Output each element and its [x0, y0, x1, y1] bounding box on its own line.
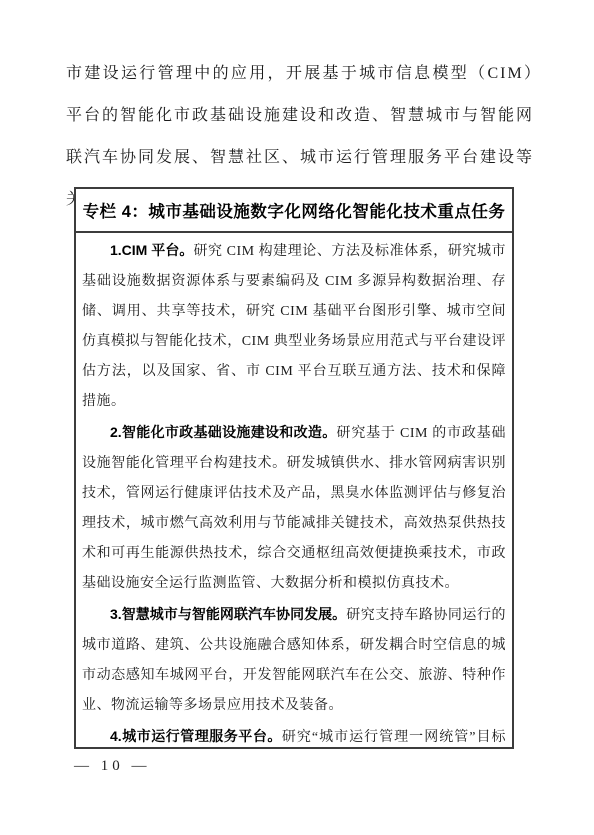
- box-item-3-body: 研究支持车路协同运行的城市道路、建筑、公共设施融合感知体系，研发耦合时空信息的城…: [82, 608, 506, 713]
- box-item-2-body: 研究基于 CIM 的市政基础设施智能化管理平台构建技术。研发城镇供水、排水管网病…: [82, 426, 506, 591]
- box-item-1-lead: 1.CIM 平台。: [110, 242, 193, 258]
- box-item-4-lead: 4.城市运行管理服务平台。: [110, 728, 282, 744]
- box-item-1-body: 研究 CIM 构建理论、方法及标准体系，研究城市基础设施数据资源体系与要素编码及…: [82, 244, 506, 409]
- box-item-3: 3.智慧城市与智能网联汽车协同发展。研究支持车路协同运行的城市道路、建筑、公共设…: [82, 599, 506, 721]
- box-item-3-lead: 3.智慧城市与智能网联汽车协同发展。: [110, 606, 346, 622]
- page-number-footer: — 10 —: [74, 758, 151, 775]
- box-item-1: 1.CIM 平台。研究 CIM 构建理论、方法及标准体系，研究城市基础设施数据资…: [82, 235, 506, 417]
- callout-box-body: 1.CIM 平台。研究 CIM 构建理论、方法及标准体系，研究城市基础设施数据资…: [76, 233, 512, 749]
- callout-box-title: 专栏 4：城市基础设施数字化网络化智能化技术重点任务: [76, 189, 512, 233]
- box-item-2-lead: 2.智能化市政基础设施建设和改造。: [110, 424, 337, 440]
- box-item-4: 4.城市运行管理服务平台。研究“城市运行管理一网统管”目标下，5G、大数据、云计…: [82, 721, 506, 749]
- document-page: 市建设运行管理中的应用，开展基于城市信息模型（CIM）平台的智能化市政基础设施建…: [0, 0, 594, 835]
- box-item-2: 2.智能化市政基础设施建设和改造。研究基于 CIM 的市政基础设施智能化管理平台…: [82, 417, 506, 599]
- callout-box: 专栏 4：城市基础设施数字化网络化智能化技术重点任务 1.CIM 平台。研究 C…: [74, 187, 514, 749]
